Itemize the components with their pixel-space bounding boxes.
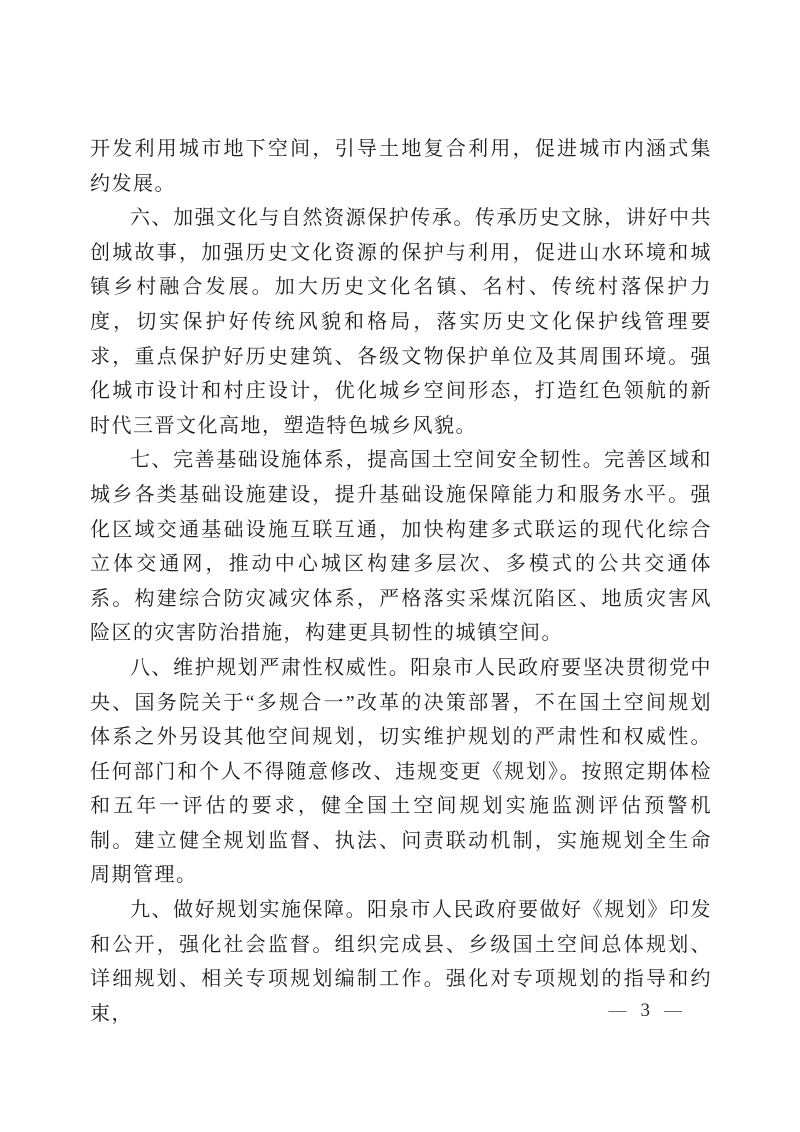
document-page: 开发利用城市地下空间，引导土地复合利用，促进城市内涵式集约发展。 六、加强文化与… [0,0,800,1132]
page-number-value: 3 [641,1000,651,1021]
page-number: —3— [595,1000,697,1022]
page-number-right-dash: — [664,1000,682,1020]
paragraph-item-8: 八、维护规划严肃性权威性。阳泉市人民政府要坚决贯彻党中央、国务院关于“多规合一”… [90,651,712,893]
document-body: 开发利用城市地下空间，引导土地复合利用，促进城市内涵式集约发展。 六、加强文化与… [90,132,712,1031]
paragraph-item-6: 六、加强文化与自然资源保护传承。传承历史文脉，讲好中共创城故事，加强历史文化资源… [90,201,712,443]
paragraph-item-7: 七、完善基础设施体系，提高国土空间安全韧性。完善区域和城乡各类基础设施建设，提升… [90,443,712,651]
page-number-left-dash: — [609,1000,627,1020]
paragraph-continuation: 开发利用城市地下空间，引导土地复合利用，促进城市内涵式集约发展。 [90,132,712,201]
